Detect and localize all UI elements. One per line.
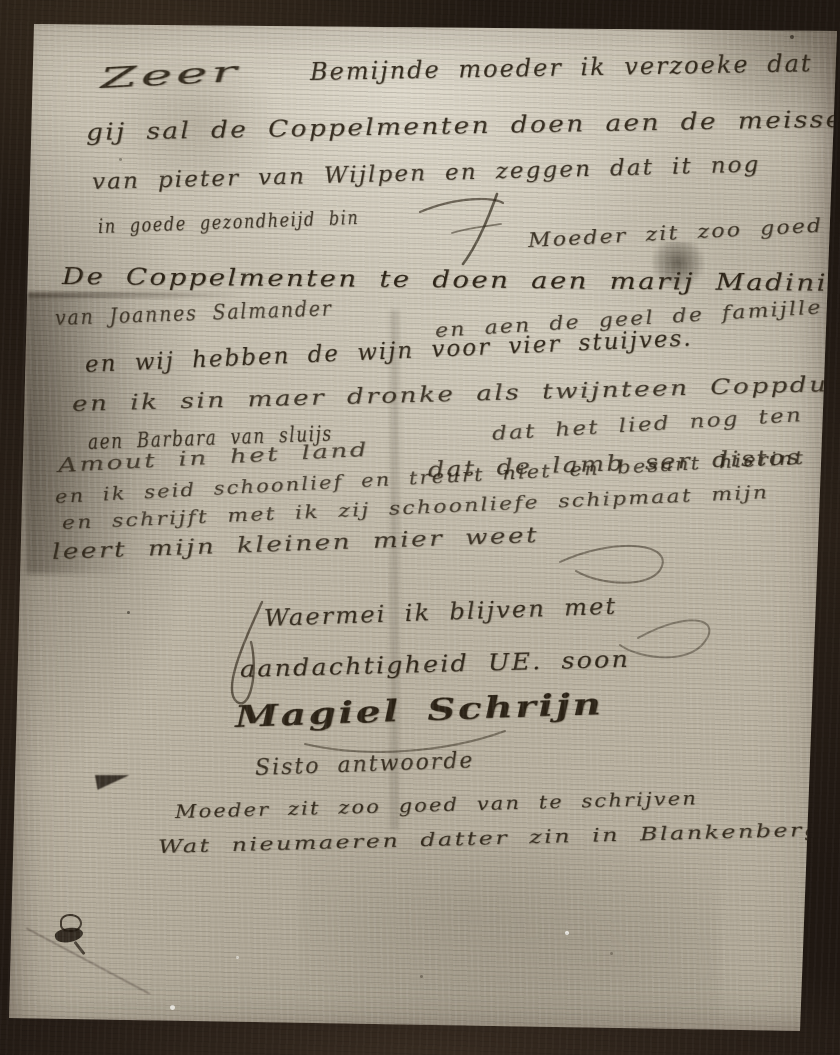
white-speck [565,931,569,935]
crease-shadow [28,292,243,298]
bottom-mottle [300,840,720,1020]
handwriting-line: aandachtigheid UE. soon [240,647,631,683]
ink-wedge [95,769,131,790]
dust-speck [127,611,130,614]
flourish-w-descender [232,602,262,703]
handwriting-line: Zeer [99,55,241,95]
flourish-long-s-bar [452,224,501,233]
handwriting-line: Moeder zit zoo goed van te schrijven [175,787,699,823]
letter-paper: Zeer Bemijnde moeder ik verzoeke dat gij… [0,0,840,1055]
flourish-met-swash [620,620,709,657]
dust-speck [610,952,613,955]
flourish-signature-tail [305,731,505,752]
white-speck [170,1005,175,1010]
flourish-loop-right [560,546,663,583]
dust-speck [420,975,423,978]
handwriting-line: Sisto antwoorde [255,748,475,781]
flourish-long-s [420,199,503,212]
handwriting-line: gij sal de Coppelmenten doen aen de meis… [86,107,840,146]
handwriting-line: Moeder zit zoo goed [527,213,823,252]
handwriting-line: van pieter van Wijlpen en zeggen dat it … [92,152,761,194]
dust-speck [790,35,794,39]
photo-background: Zeer Bemijnde moeder ik verzoeke dat gij… [0,0,840,1055]
handwriting-line: Waermei ik blijven met [264,594,618,632]
bottomleft-crease [26,927,151,994]
flourish-long-s-body [463,194,497,264]
handwriting-line: De Coppelmenten te doen aen marij Madini… [62,264,840,297]
handwriting-line: Wat nieumaeren datter zin in Blankenberg… [158,818,839,858]
dust-speck [119,158,122,161]
handwriting-line: en wij hebben de wijn voor vier stuijves… [84,325,693,378]
signature: Magiel Schrijn [234,687,604,735]
ink-blot [60,914,82,932]
handwriting-line: dat het lied nog ten [491,402,803,445]
white-speck [236,956,239,959]
handwriting-line: van Joannes Salmander [55,296,333,330]
ink-blot-tail [73,941,85,955]
ink-blot-body [54,925,84,945]
handwriting-line: in goede gezondheijd bin [98,205,360,238]
handwriting-line: Bemijnde moeder ik verzoeke dat [310,49,813,86]
